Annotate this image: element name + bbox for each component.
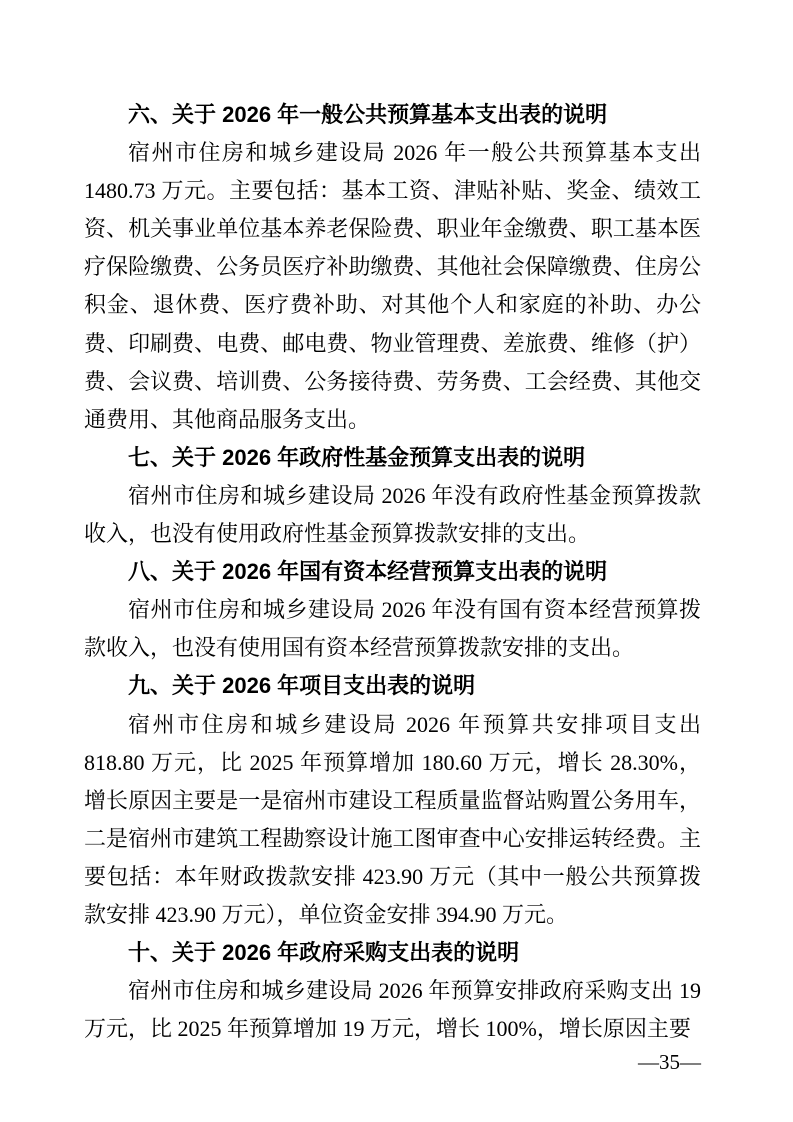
section-10-heading: 十、关于 2026 年政府采购支出表的说明: [84, 934, 701, 972]
section-8-paragraph: 宿州市住房和城乡建设局 2026 年没有国有资本经营预算拨款收入，也没有使用国有…: [84, 591, 701, 667]
section-7-paragraph: 宿州市住房和城乡建设局 2026 年没有政府性基金预算拨款收入，也没有使用政府性…: [84, 477, 701, 553]
page-number: —35—: [638, 1048, 701, 1076]
document-content: 六、关于 2026 年一般公共预算基本支出表的说明 宿州市住房和城乡建设局 20…: [84, 96, 701, 1048]
section-10-paragraph: 宿州市住房和城乡建设局 2026 年预算安排政府采购支出 19 万元，比 202…: [84, 972, 701, 1048]
section-8-heading: 八、关于 2026 年国有资本经营预算支出表的说明: [84, 553, 701, 591]
section-6-heading: 六、关于 2026 年一般公共预算基本支出表的说明: [84, 96, 701, 134]
section-7-heading: 七、关于 2026 年政府性基金预算支出表的说明: [84, 439, 701, 477]
section-9-paragraph: 宿州市住房和城乡建设局 2026 年预算共安排项目支出 818.80 万元，比 …: [84, 706, 701, 935]
section-9-heading: 九、关于 2026 年项目支出表的说明: [84, 667, 701, 705]
document-page: 六、关于 2026 年一般公共预算基本支出表的说明 宿州市住房和城乡建设局 20…: [0, 0, 793, 1122]
section-6-paragraph: 宿州市住房和城乡建设局 2026 年一般公共预算基本支出 1480.73 万元。…: [84, 134, 701, 439]
